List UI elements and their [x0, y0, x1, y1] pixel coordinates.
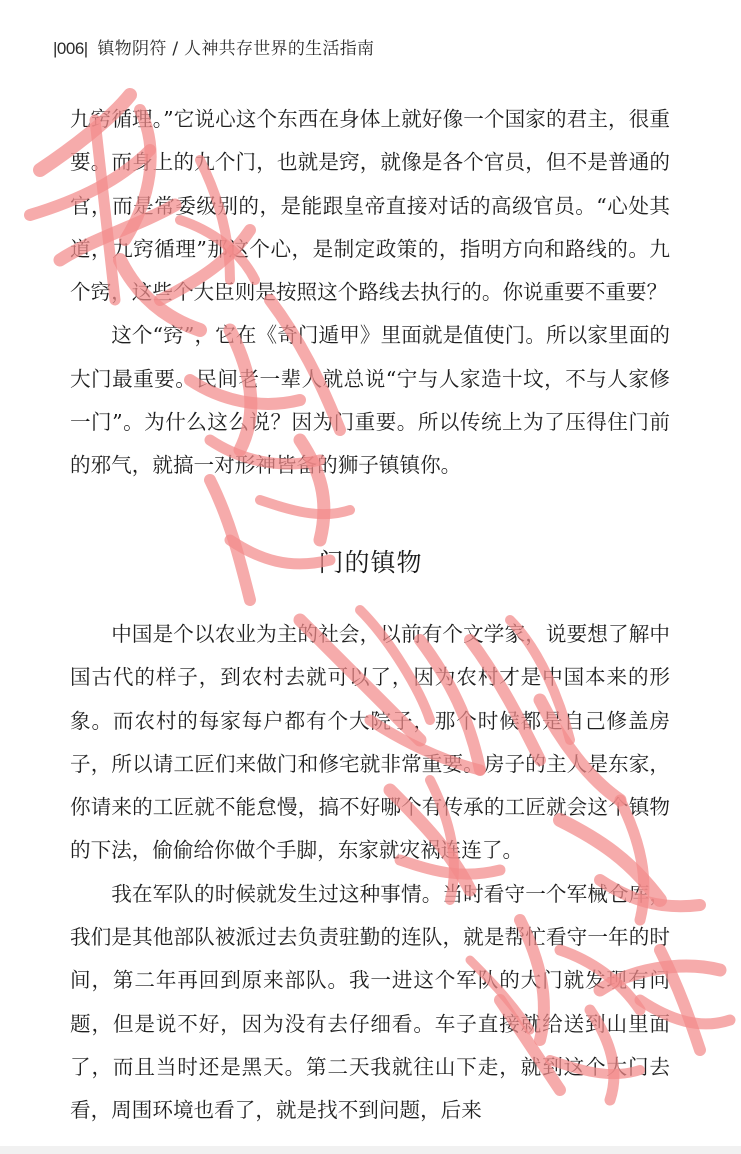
paragraph: 这个“窍”，它在《奇门遁甲》里面就是值使门。所以家里面的大门最重要。民间老一辈人…	[70, 314, 670, 487]
book-page: |006| 镇物阴符 / 人神共存世界的生活指南 九窍循理。”它说心这个东西在身…	[0, 0, 741, 1146]
running-head: |006| 镇物阴符 / 人神共存世界的生活指南	[53, 34, 374, 59]
page-bottom-edge	[0, 1146, 741, 1154]
text-block-a: 九窍循理。”它说心这个东西在身体上就好像一个国家的君主，很重要。而身上的九个门，…	[70, 98, 670, 488]
section-heading: 门的镇物	[0, 543, 741, 579]
page-number: |006|	[53, 39, 88, 58]
paragraph: 中国是个以农业为主的社会，以前有个文学家，说要想了解中国古代的样子，到农村去就可…	[70, 613, 670, 873]
paragraph: 九窍循理。”它说心这个东西在身体上就好像一个国家的君主，很重要。而身上的九个门，…	[70, 98, 670, 314]
text-block-b: 中国是个以农业为主的社会，以前有个文学家，说要想了解中国古代的样子，到农村去就可…	[70, 613, 670, 1133]
paragraph: 我在军队的时候就发生过这种事情。当时看守一个军械仓库，我们是其他部队被派过去负责…	[70, 873, 670, 1133]
book-title: 镇物阴符 / 人神共存世界的生活指南	[97, 39, 374, 59]
